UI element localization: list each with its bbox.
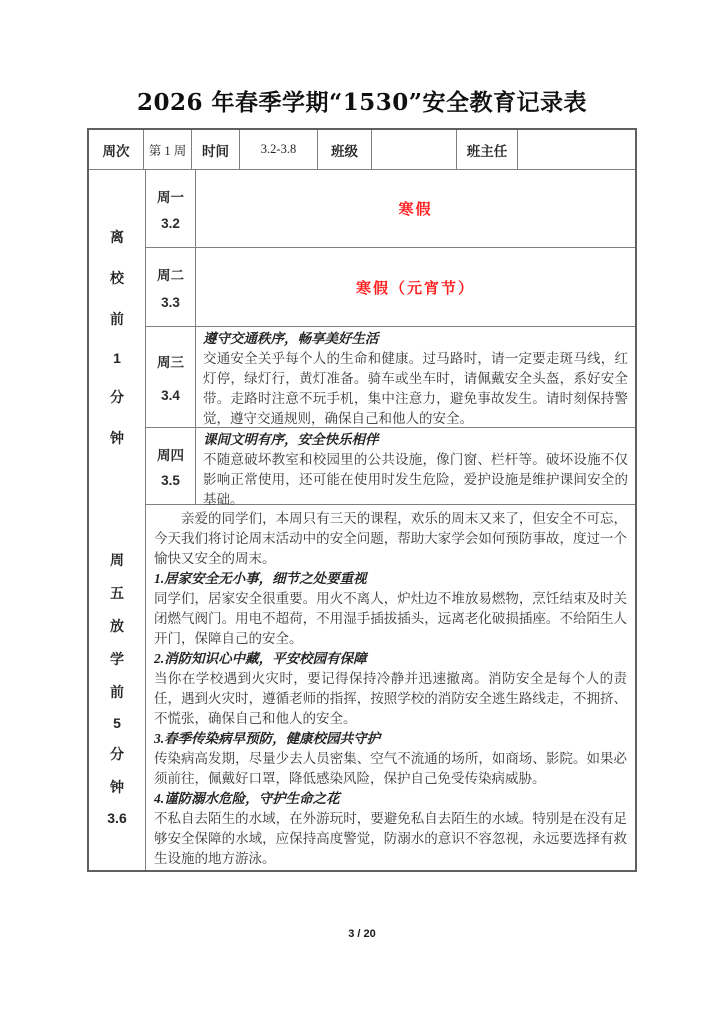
head-teacher-label: 班主任	[457, 130, 518, 169]
day-date: 3.2	[161, 216, 180, 231]
topic-3-body: 传染病高发期，尽量少去人员密集、空气不流通的场所，如商场、影院。如果必须前往，佩…	[154, 749, 627, 789]
holiday-note: 寒假	[398, 198, 432, 219]
side-label-char: 前	[110, 682, 124, 702]
table-header-row: 周次 第 1 周 时间 3.2-3.8 班级 班主任	[89, 130, 635, 170]
side-label-char: 钟	[110, 428, 124, 448]
lesson-heading: 遵守交通秩序，畅享美好生活	[203, 329, 628, 349]
lesson-body: 不随意破坏教室和校园里的公共设施，像门窗、栏杆等。破坏设施不仅影响正常使用，还可…	[203, 452, 628, 507]
day-name: 周四	[157, 444, 184, 464]
week-number-value: 第 1 周	[144, 130, 192, 169]
table-row-monday: 周一 3.2 寒假	[146, 170, 635, 248]
page-number: 3 / 20	[0, 928, 724, 940]
day-date: 3.5	[161, 473, 180, 488]
side-label-char: 离	[110, 227, 124, 247]
day-date: 3.3	[161, 295, 180, 310]
safety-record-table: 周次 第 1 周 时间 3.2-3.8 班级 班主任 离 校 前 1 分 钟	[87, 128, 637, 872]
thursday-content-cell: 课间文明有序，安全快乐相伴 不随意破坏教室和校园里的公共设施，像门窗、栏杆等。破…	[196, 428, 635, 504]
side-label-char: 钟	[110, 777, 124, 797]
weekday-section: 离 校 前 1 分 钟 周一 3.2 寒假	[89, 170, 635, 505]
side-label-char: 分	[110, 744, 124, 764]
table-row-tuesday: 周二 3.3 寒假（元宵节）	[146, 248, 635, 327]
friday-intro-paragraph: 亲爱的同学们，本周只有三天的课程，欢乐的周末又来了，但安全不可忘，今天我们将讨论…	[154, 509, 627, 569]
topic-4-body: 不私自去陌生的水域，在外游玩时，要避免私自去陌生的水域。特别是在没有足够安全保障…	[154, 809, 627, 869]
class-label: 班级	[318, 130, 372, 169]
day-cell-monday: 周一 3.2	[146, 170, 196, 247]
friday-section: 周 五 放 学 前 5 分 钟 3.6 亲爱的同学们，本周只有三天的课程，欢乐的…	[89, 505, 635, 870]
class-value-blank-field[interactable]	[372, 130, 457, 169]
friday-content-cell: 亲爱的同学们，本周只有三天的课程，欢乐的周末又来了，但安全不可忘，今天我们将讨论…	[146, 505, 635, 870]
topic-1-heading: 1.居家安全无小事，细节之处要重视	[154, 569, 627, 589]
table-row-wednesday: 周三 3.4 遵守交通秩序，畅享美好生活 交通安全关乎每个人的生命和健康。过马路…	[146, 327, 635, 428]
head-teacher-value-blank-field[interactable]	[518, 130, 635, 169]
side-label-char: 五	[110, 583, 124, 603]
lesson-heading: 课间文明有序，安全快乐相伴	[203, 430, 628, 450]
time-value: 3.2-3.8	[240, 130, 318, 169]
week-number-label: 周次	[89, 130, 144, 169]
day-date: 3.4	[161, 388, 180, 403]
day-name: 周一	[157, 186, 184, 206]
topic-2-body: 当你在学校遇到火灾时，要记得保持冷静并迅速撤离。消防安全是每个人的责任，遇到火灾…	[154, 669, 627, 729]
topic-4-heading: 4.谨防溺水危险，守护生命之花	[154, 789, 627, 809]
side-label-friday-before-dismissal-5min: 周 五 放 学 前 5 分 钟 3.6	[89, 505, 146, 870]
topic-2-heading: 2.消防知识心中藏，平安校园有保障	[154, 649, 627, 669]
weekday-rows: 周一 3.2 寒假 周二 3.3 寒假（元宵节）	[146, 170, 635, 505]
time-label: 时间	[192, 130, 240, 169]
table-row-thursday: 周四 3.5 课间文明有序，安全快乐相伴 不随意破坏教室和校园里的公共设施，像门…	[146, 428, 635, 505]
day-cell-tuesday: 周二 3.3	[146, 248, 196, 326]
side-label-char: 5	[113, 715, 121, 731]
day-name: 周三	[157, 351, 184, 371]
day-name: 周二	[157, 264, 184, 284]
document-page: 2026 年春季学期“1530”安全教育记录表 周次 第 1 周 时间 3.2-…	[0, 0, 724, 1024]
lesson-body: 交通安全关乎每个人的生命和健康。过马路时，请一定要走斑马线，红灯停，绿灯行，黄灯…	[203, 351, 628, 426]
side-label-char: 前	[110, 309, 124, 329]
monday-content-cell: 寒假	[196, 170, 635, 247]
side-label-char: 校	[110, 268, 124, 288]
tuesday-content-cell: 寒假（元宵节）	[196, 248, 635, 326]
holiday-note: 寒假（元宵节）	[356, 277, 475, 298]
topic-1-body: 同学们，居家安全很重要。用火不离人，炉灶边不堆放易燃物，烹饪结束及时关闭燃气阀门…	[154, 589, 627, 649]
side-label-before-leaving-1min: 离 校 前 1 分 钟	[89, 170, 146, 505]
document-title: 2026 年春季学期“1530”安全教育记录表	[0, 84, 724, 117]
side-label-char: 学	[110, 649, 124, 669]
side-label-char: 周	[110, 550, 124, 570]
wednesday-content-cell: 遵守交通秩序，畅享美好生活 交通安全关乎每个人的生命和健康。过马路时，请一定要走…	[196, 327, 635, 427]
side-label-date: 3.6	[107, 810, 126, 826]
side-label-char: 放	[110, 616, 124, 636]
day-cell-wednesday: 周三 3.4	[146, 327, 196, 427]
topic-3-heading: 3.春季传染病早预防，健康校园共守护	[154, 729, 627, 749]
side-label-char: 1	[113, 350, 121, 366]
side-label-char: 分	[110, 387, 124, 407]
day-cell-thursday: 周四 3.5	[146, 428, 196, 504]
